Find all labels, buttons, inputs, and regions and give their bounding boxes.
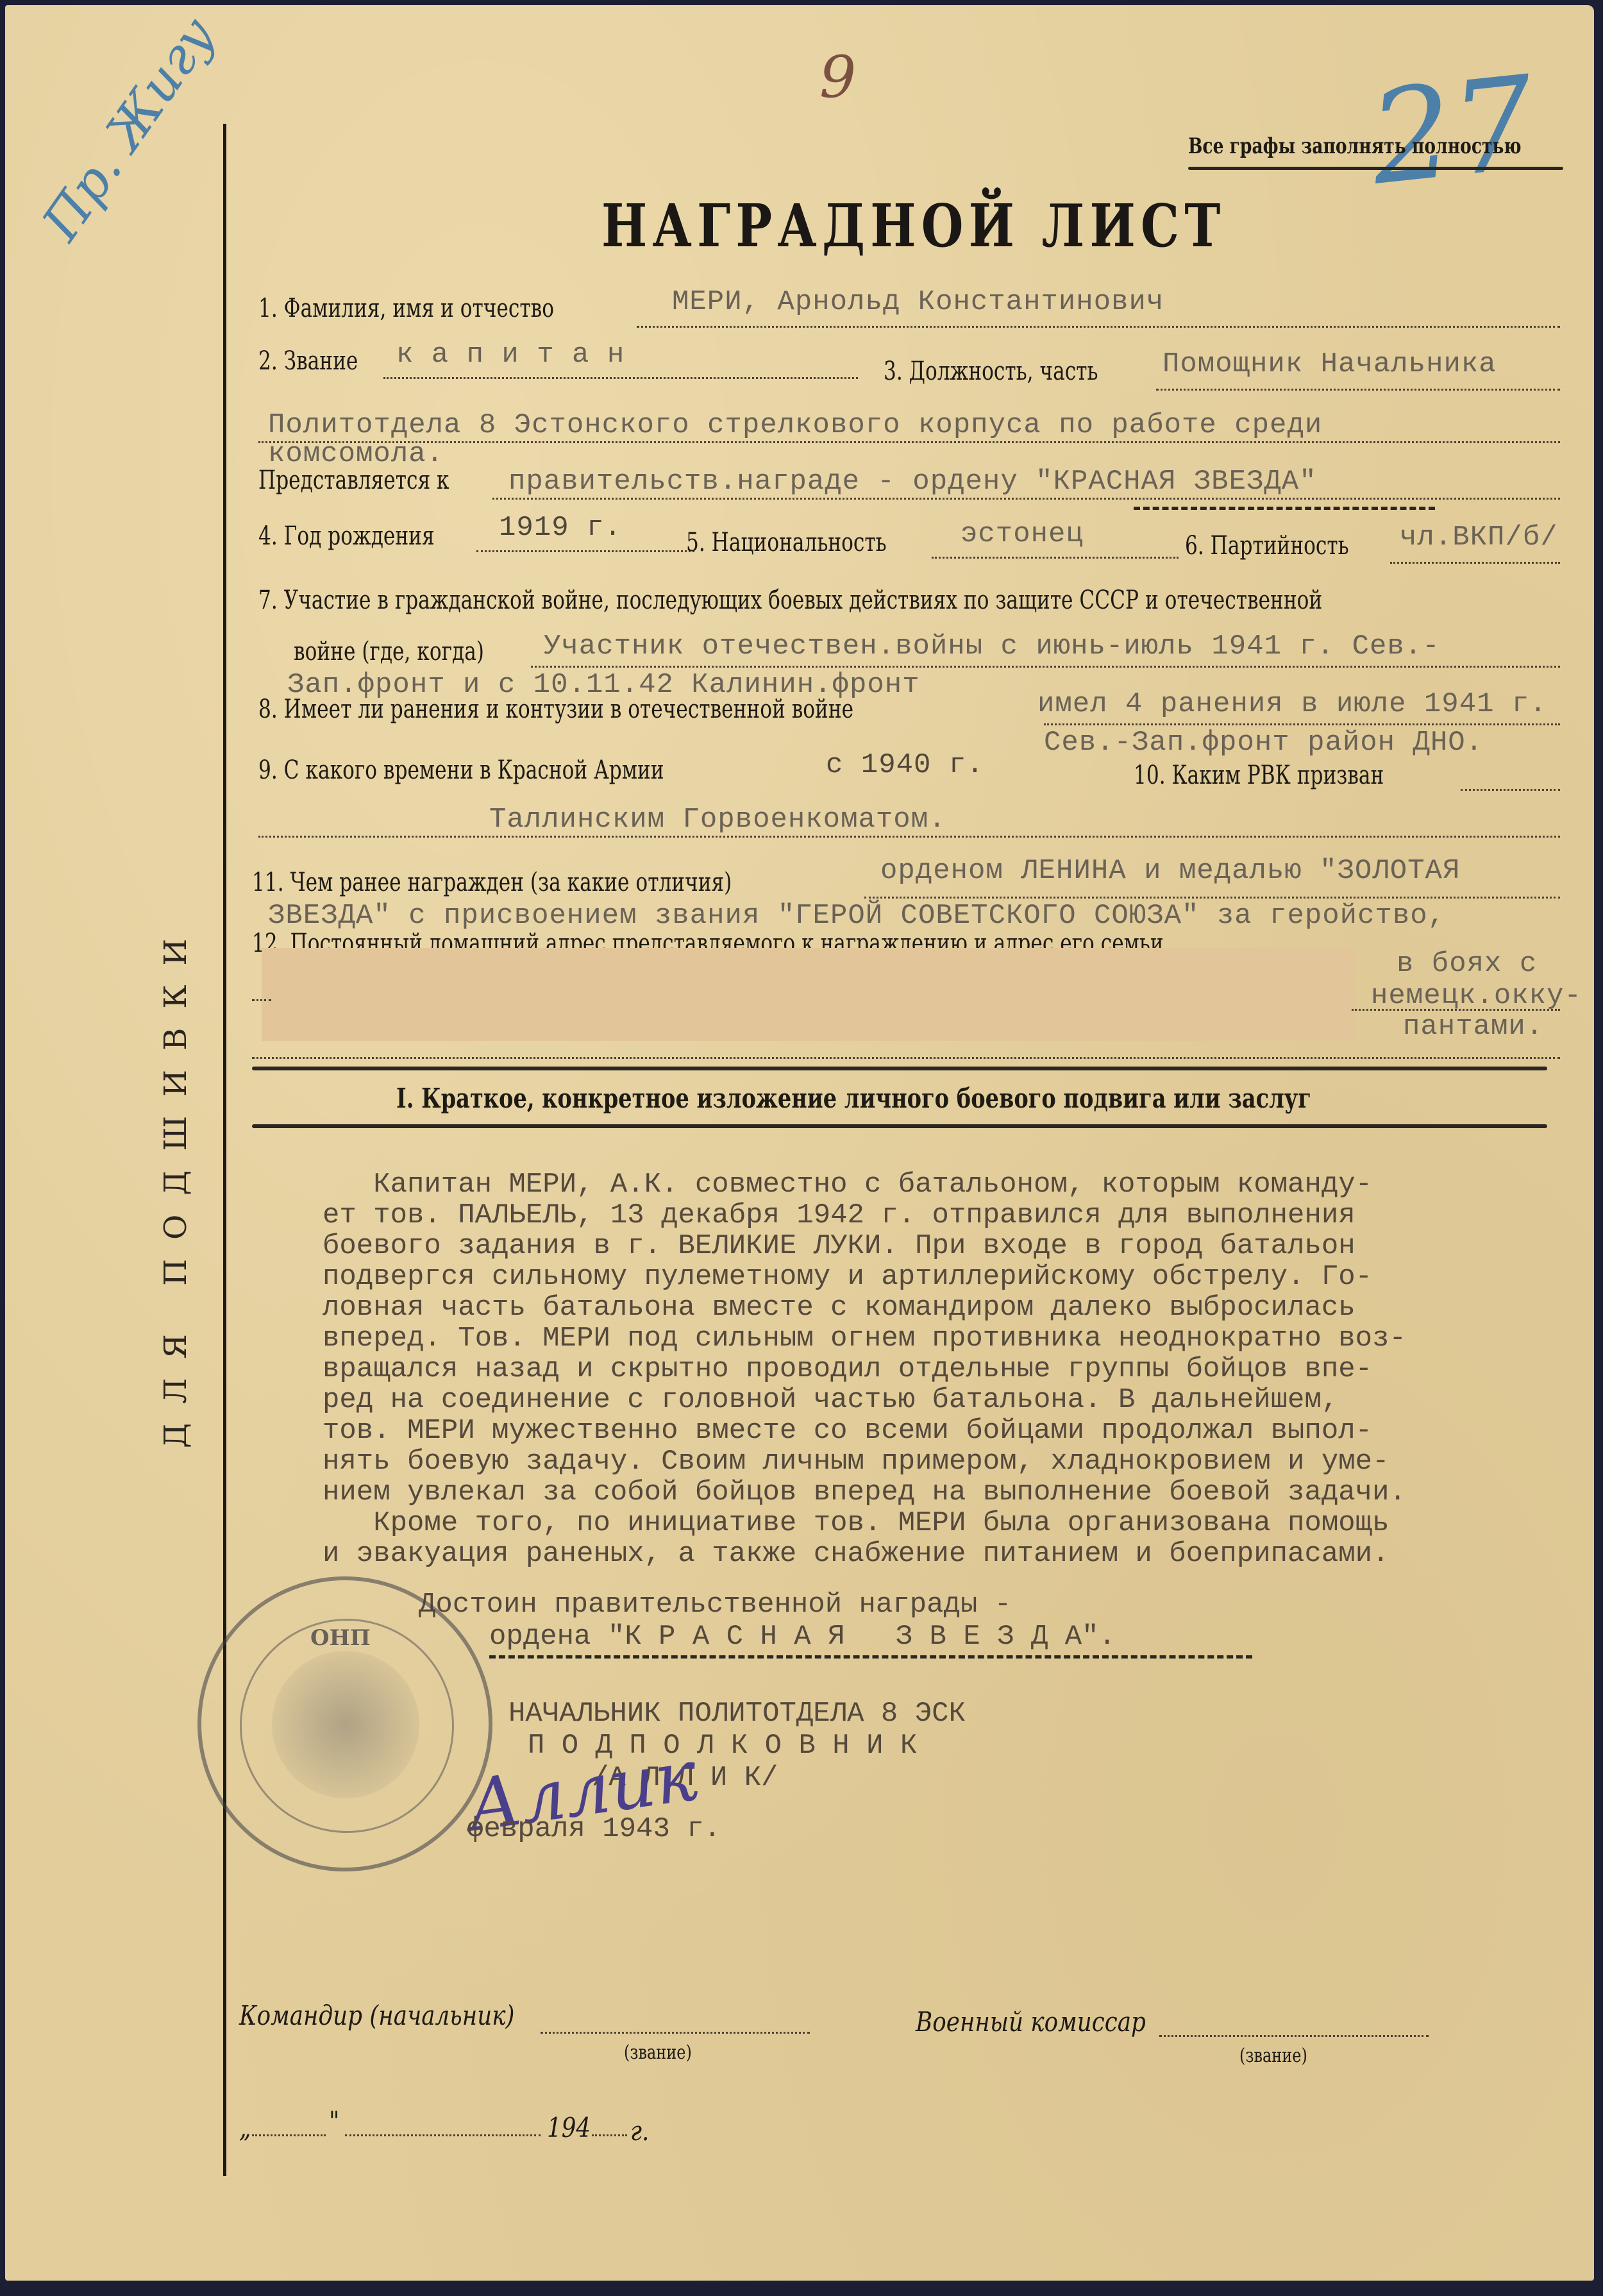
field-12-line-1 (252, 999, 271, 1001)
field-7-label-1: 7. Участие в гражданской войне, последую… (258, 586, 1322, 615)
section-rule-top (252, 1067, 1547, 1070)
field-1-line (637, 326, 1560, 328)
commander-rank-caption: (звание) (624, 2041, 692, 2064)
paragraph-line: подвергся сильному пулеметному и артилле… (323, 1262, 1406, 1292)
paragraph-line: Капитан МЕРИ, А.К. совместно с батальоно… (323, 1169, 1406, 1200)
date-year-suffix: г. (630, 2115, 649, 2147)
presented-line (492, 498, 1560, 500)
field-3-line-1 (1156, 389, 1560, 391)
field-3-value-2: Политотдела 8 Эстонского стрелкового кор… (268, 409, 1322, 441)
paragraph-line: и эвакуация раненых, а также снабжение п… (323, 1539, 1406, 1569)
field-7-value-1: Участник отечествен.войны с июнь-июль 19… (544, 630, 1440, 663)
field-6-label: 6. Партийность (1185, 531, 1349, 561)
field-12-line-3 (252, 1057, 1560, 1059)
presented-underline (1134, 507, 1435, 510)
paragraph-line: боевого задания в г. ВЕЛИКИЕ ЛУКИ. При в… (323, 1231, 1406, 1262)
paragraph-line: тов. МЕРИ мужественно вместе со всеми бо… (323, 1415, 1406, 1446)
field-11-value-1: орденом ЛЕНИНА и медалью "ЗОЛОТАЯ (880, 855, 1460, 887)
field-4-line (476, 550, 694, 552)
instruction-underline (1188, 167, 1563, 170)
field-1-label: 1. Фамилия, имя и отчество (258, 294, 554, 323)
field-8-value-1: имел 4 ранения в июле 1941 г. (1037, 688, 1547, 720)
date-close-quote: " (329, 2106, 339, 2137)
date-open-quote: „ (239, 2112, 251, 2143)
field-4-value: 1919 г. (499, 512, 622, 544)
field-4-label: 4. Год рождения (258, 521, 435, 551)
field-7-line (531, 666, 1560, 668)
field-2-value: к а п и т а н (396, 339, 625, 371)
field-10-label: 10. Каким РВК призван (1134, 761, 1384, 790)
handwritten-margin-note: Пр. Жигу (31, 6, 227, 251)
presented-value: правительств.награде - ордену "КРАСНАЯ З… (508, 466, 1317, 498)
commander-label: Командир (начальник) (239, 2000, 514, 2031)
field-2-label: 2. Звание (258, 346, 358, 376)
section-1-heading: I. Краткое, конкретное изложение личного… (396, 1083, 1311, 1114)
official-stamp: ОНП (197, 1576, 492, 1871)
field-3-value-1: Помощник Начальника (1162, 348, 1497, 380)
field-12-value-1: в боях с (1397, 948, 1537, 980)
commissar-label: Военный комиссар (916, 2006, 1146, 2038)
field-12-value-3: пантами. (1403, 1011, 1543, 1043)
redacted-address (262, 948, 1355, 1041)
field-8-line (1044, 723, 1560, 725)
field-9-label: 9. С какого времени в Красной Армии (258, 755, 664, 785)
signature-date: февраля 1943 г. (467, 1814, 721, 1844)
award-sheet-page: ДЛЯ ПОДШИВКИ 9 27 Пр. Жигу Все графы зап… (5, 5, 1594, 2281)
stamp-emblem-icon (272, 1651, 419, 1798)
section-rule-bottom (252, 1124, 1547, 1128)
date-day-line (252, 2134, 326, 2136)
field-5-line (932, 557, 1179, 559)
paragraph-line: Кроме того, по инициативе тов. МЕРИ была… (323, 1508, 1406, 1539)
field-10-line-1 (1461, 789, 1560, 791)
field-11-line (864, 897, 1560, 899)
paragraph-line: ет тов. ПАЛЬЕЛЬ, 13 декабря 1942 г. отпр… (323, 1200, 1406, 1231)
field-12-value-2: немецк.окку- (1371, 980, 1582, 1012)
paragraph-line: вперед. Тов. МЕРИ под сильным огнем прот… (323, 1323, 1406, 1354)
field-9-value: с 1940 г. (826, 749, 984, 781)
field-3-line-2 (258, 441, 1560, 443)
date-year-prefix: 194 (547, 2112, 591, 2143)
field-5-label: 5. Национальность (686, 528, 887, 557)
presented-label: Представляется к (258, 466, 449, 495)
paragraph-line: ловная часть батальона вместе с командир… (323, 1292, 1406, 1323)
field-6-line (1390, 562, 1560, 564)
field-2-line (383, 377, 858, 379)
field-3-label: 3. Должность, часть (884, 357, 1098, 386)
field-11-value-2: ЗВЕЗДА" с присвоением звания "ГЕРОЙ СОВЕ… (268, 900, 1445, 932)
commander-line (541, 2032, 810, 2034)
instruction-text: Все графы заполнять полностью (1188, 133, 1522, 159)
conclusion-underline (489, 1655, 1252, 1659)
signer-title: НАЧАЛЬНИК ПОЛИТОТДЕЛА 8 ЭСК (508, 1698, 966, 1729)
field-10-value: Таллинским Горвоенкоматом. (489, 804, 946, 836)
conclusion-line-1: Достоин правительственной награды - (419, 1589, 1011, 1620)
field-8-value-2: Сев.-Зап.фронт район ДНО. (1044, 727, 1483, 759)
date-month-line (345, 2134, 541, 2136)
field-10-line-2 (258, 836, 1560, 838)
field-5-value: эстонец (961, 518, 1084, 550)
binding-margin-line (223, 124, 226, 2176)
binding-margin-label: ДЛЯ ПОДШИВКИ (158, 920, 194, 1448)
handwritten-page-number: 9 (819, 44, 856, 111)
commissar-line (1159, 2035, 1429, 2037)
field-8-label: 8. Имеет ли ранения и контузии в отечест… (258, 695, 853, 724)
handwritten-top-right-mark: 27 (1364, 48, 1541, 214)
paragraph-line: нять боевую задачу. Своим личным примеро… (323, 1446, 1406, 1477)
stamp-text: ОНП (310, 1625, 371, 1651)
paragraph-line: нием увлекал за собой бойцов вперед на в… (323, 1477, 1406, 1508)
field-6-value: чл.ВКП/б/ (1400, 521, 1558, 553)
commissar-rank-caption: (звание) (1239, 2045, 1307, 2067)
merit-paragraph: Капитан МЕРИ, А.К. совместно с батальоно… (323, 1169, 1406, 1569)
date-year-line (592, 2134, 627, 2136)
conclusion-line-2: ордена "К Р А С Н А Я З В Е З Д А". (489, 1621, 1116, 1652)
field-11-label: 11. Чем ранее награжден (за какие отличи… (252, 868, 732, 897)
paragraph-line: вращался назад и скрытно проводил отдель… (323, 1354, 1406, 1385)
document-title: НАГРАДНОЙ ЛИСТ (601, 191, 1226, 260)
field-1-value: МЕРИ, Арнольд Константинович (672, 286, 1164, 318)
paragraph-line: ред на соединение с головной частью бата… (323, 1385, 1406, 1415)
field-7-label-2: войне (где, когда) (294, 637, 484, 666)
